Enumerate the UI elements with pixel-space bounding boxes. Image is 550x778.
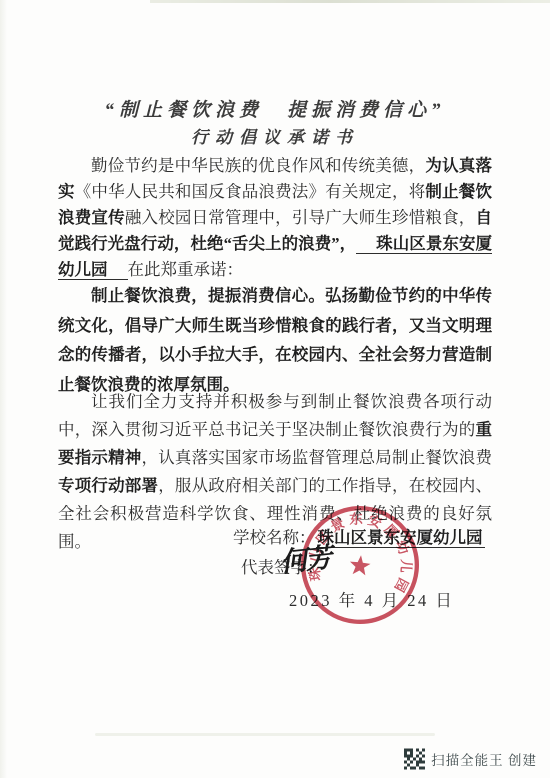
document-title-line2: 行动倡议承诺书 [0, 123, 550, 148]
para3-seg4-bold: 专项行动部署 [58, 476, 158, 495]
document-title-line1: “制止餐饮浪费 提振消费信心” [0, 95, 550, 122]
scanned-document-page: “制止餐饮浪费 提振消费信心” 行动倡议承诺书 勤俭节约是中华民族的优良作风和传… [0, 0, 550, 778]
paragraph-intro: 勤俭节约是中华民族的优良作风和传统美德，为认真落实《中华人民共和国反食品浪费法》… [58, 153, 492, 283]
handwritten-signature: 何芳 [278, 535, 332, 579]
star-icon [349, 554, 372, 576]
camscanner-watermark: 扫描全能王 创建 [404, 748, 537, 770]
para3-seg1: 让我们全力支持并积极参与到制止餐饮浪费各项行动中，深入贯彻习近平总书记关于坚决制… [58, 392, 492, 439]
para1-seg1: 勤俭节约是中华民族的优良作风和传统美德， [91, 156, 425, 175]
qr-code-icon [404, 748, 425, 770]
paragraph-pledge: 制止餐饮浪费，提振消费信心。弘扬勤俭节约的中华传统文化，倡导广大师生既当珍惜粮食… [58, 281, 492, 399]
scan-artifact-top-edge [150, 0, 550, 3]
para1-seg3: 《中华人民共和国反食品浪费法》有关规定，将 [75, 182, 426, 201]
scan-artifact-smudge [95, 733, 435, 736]
watermark-text: 扫描全能王 创建 [431, 749, 537, 769]
para3-seg3: ，认真落实国家市场监督管理总局制止餐饮浪费 [142, 448, 493, 467]
para1-seg7: 在此郑重承诺： [128, 260, 244, 279]
para1-seg5: 融入校园日常管理中，引导广大师生珍惜粮食， [125, 208, 476, 227]
